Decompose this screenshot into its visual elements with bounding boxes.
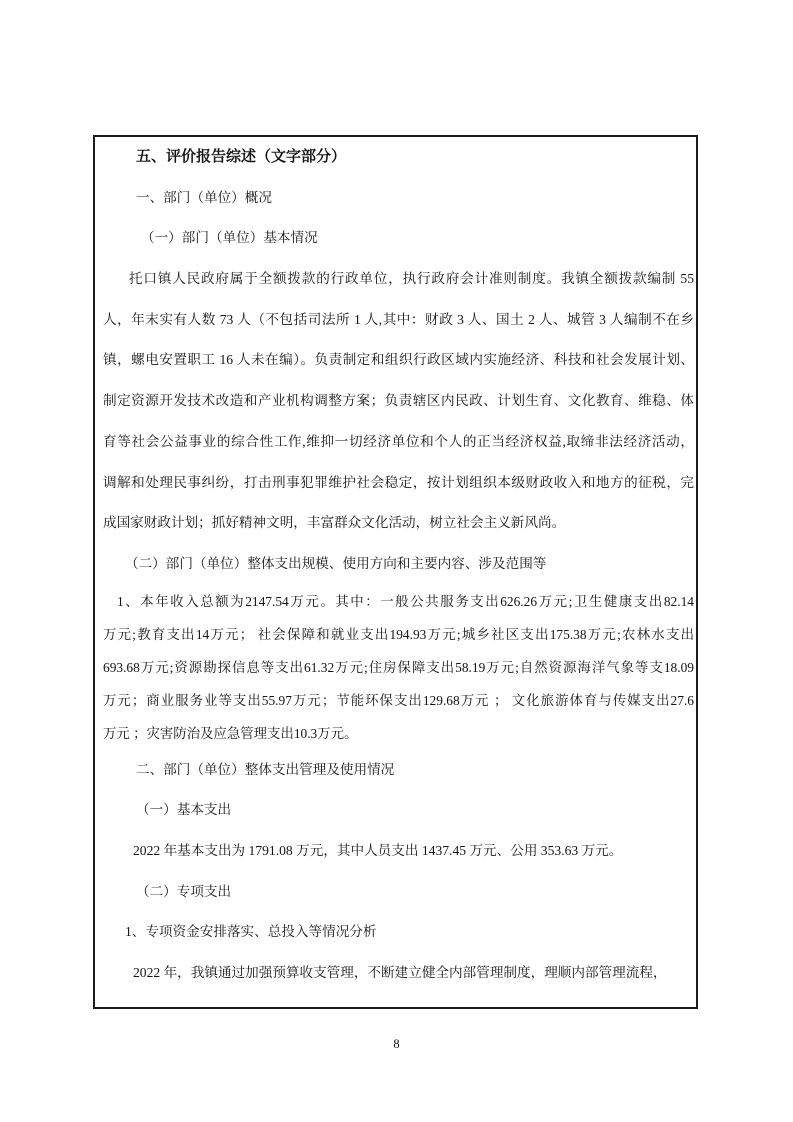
- paragraph-line: 镇，螺电安置职工 16 人未在编）。负责制定和组织行政区域内实施经济、科技和社会…: [103, 340, 694, 381]
- paragraph-line: 调解和处理民事纠纷，打击刑事犯罪维护社会稳定，按计划组织本级财政收入和地方的征税…: [103, 463, 694, 504]
- subsection-heading-2-1: （一）基本支出: [103, 790, 694, 831]
- subsection-heading-1-2: （二）部门（单位）整体支出规模、使用方向和主要内容、涉及范围等: [103, 544, 694, 585]
- page-number: 8: [0, 1037, 793, 1052]
- section-heading-2: 二、部门（单位）整体支出管理及使用情况: [103, 750, 694, 791]
- report-text-body: 五、评价报告综述（文字部分） 一、部门（单位）概况 （一）部门（单位）基本情况 …: [95, 137, 696, 994]
- paragraph-line: 2022 年，我镇通过加强预算收支管理，不断建立健全内部管理制度，理顺内部管理流…: [103, 953, 694, 994]
- paragraph-line: 成国家财政计划；抓好精神文明，丰富群众文化活动，树立社会主义新风尚。: [103, 503, 694, 544]
- paragraph-line: 2022 年基本支出为 1791.08 万元，其中人员支出 1437.45 万元…: [103, 831, 694, 872]
- subsection-heading-2-2: （二）专项支出: [103, 872, 694, 913]
- paragraph-line: 万元;教育支出14万元； 社会保障和就业支出194.93万元;城乡社区支出175…: [103, 618, 694, 651]
- subsection-heading-1-1: （一）部门（单位）基本情况: [103, 218, 694, 259]
- report-text-cell: 五、评价报告综述（文字部分） 一、部门（单位）概况 （一）部门（单位）基本情况 …: [93, 135, 698, 1009]
- paragraph-line: 1、本年收入总额为2147.54万元。其中：一般公共服务支出626.26万元;卫…: [103, 585, 694, 618]
- paragraph-line: 693.68万元;资源勘探信息等支出61.32万元;住房保障支出58.19万元;…: [103, 651, 694, 684]
- paragraph-line: 万元 ；灾害防治及应急管理支出10.3万元。: [103, 717, 694, 750]
- report-title: 五、评价报告综述（文字部分）: [103, 137, 694, 178]
- sub-subsection-heading: 1、专项资金安排落实、总投入等情况分析: [103, 912, 694, 953]
- paragraph-line: 育等社会公益事业的综合性工作,维抑一切经济单位和个人的正当经济权益,取缔非法经济…: [103, 422, 694, 463]
- paragraph-line: 人，年末实有人数 73 人（不包括司法所 1 人,其中：财政 3 人、国土 2 …: [103, 300, 694, 341]
- section-heading-1: 一、部门（单位）概况: [103, 178, 694, 219]
- paragraph-line: 托口镇人民政府属于全额拨款的行政单位，执行政府会计准则制度。我镇全额拨款编制 5…: [103, 259, 694, 300]
- paragraph-line: 制定资源开发技术改造和产业机构调整方案；负责辖区内民政、计划生育、文化教育、维稳…: [103, 381, 694, 422]
- paragraph-line: 万元；商业服务业等支出55.97万元；节能环保支出129.68万元 ； 文化旅游…: [103, 684, 694, 717]
